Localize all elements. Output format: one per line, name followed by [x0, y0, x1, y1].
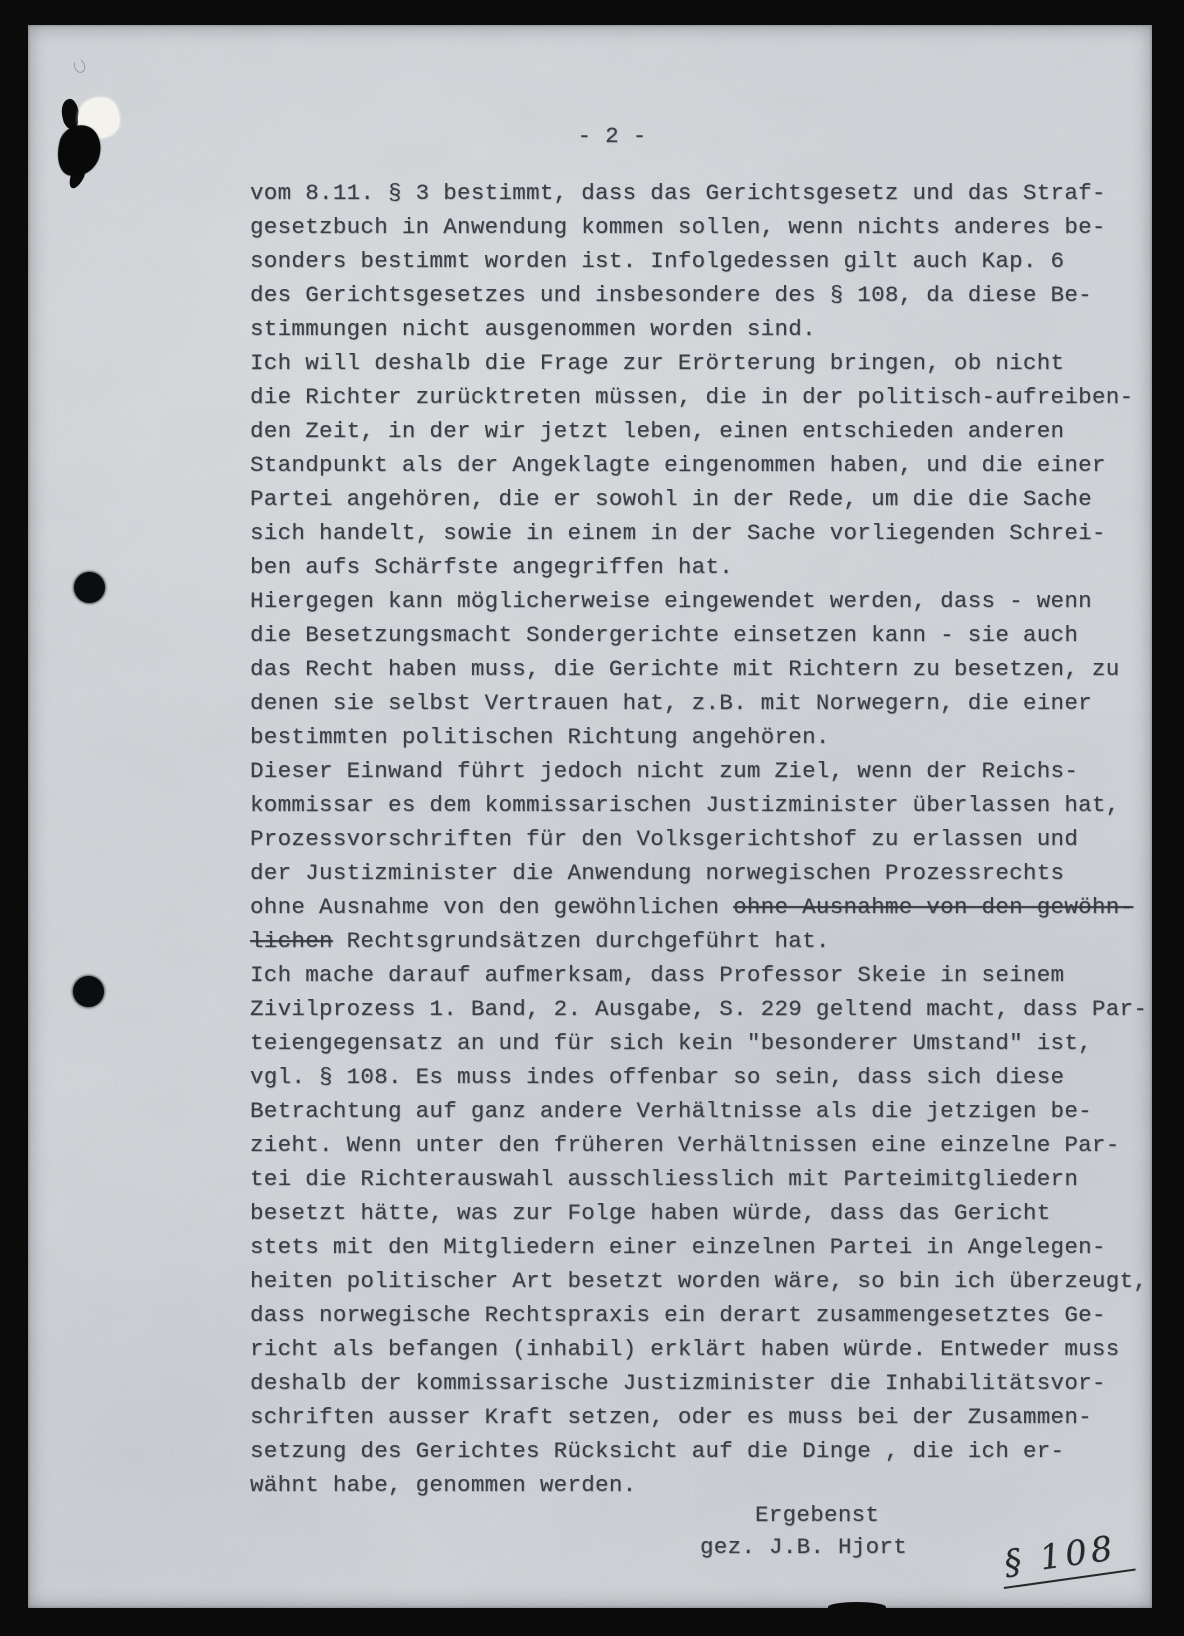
- text-segment: kommissar es dem kommissarischen Justizm…: [250, 792, 1120, 818]
- text-line: sonders bestimmt worden ist. Infolgedess…: [250, 244, 1147, 278]
- valediction: Ergebenst: [755, 1498, 879, 1532]
- text-line: Hiergegen kann möglicherweise eingewende…: [250, 584, 1147, 618]
- text-line: bestimmten politischen Richtung angehöre…: [250, 720, 1147, 754]
- text-line: Prozessvorschriften für den Volksgericht…: [250, 822, 1147, 856]
- text-line: gesetzbuch in Anwendung kommen sollen, w…: [250, 210, 1147, 244]
- text-segment: zieht. Wenn unter den früheren Verhältni…: [250, 1132, 1120, 1158]
- signature: gez. J.B. Hjort: [700, 1530, 907, 1564]
- text-line: ohne Ausnahme von den gewöhnlichen ohne …: [250, 890, 1147, 924]
- text-line: besetzt hätte, was zur Folge haben würde…: [250, 1196, 1147, 1230]
- text-segment: des Gerichtsgesetzes und insbesondere de…: [250, 282, 1092, 308]
- text-segment: Standpunkt als der Angeklagte eingenomme…: [250, 452, 1106, 478]
- text-segment: der Justizminister die Anwendung norwegi…: [250, 860, 1064, 886]
- text-segment: ohne Ausnahme von den gewöhnlichen: [250, 894, 733, 920]
- text-segment: vom 8.11. § 3 bestimmt, dass das Gericht…: [250, 180, 1106, 206]
- text-segment: teiengegensatz an und für sich kein "bes…: [250, 1030, 1092, 1056]
- text-segment: gesetzbuch in Anwendung kommen sollen, w…: [250, 214, 1106, 240]
- text-line: setzung des Gerichtes Rücksicht auf die …: [250, 1434, 1147, 1468]
- text-segment: vgl. § 108. Es muss indes offenbar so se…: [250, 1064, 1064, 1090]
- text-segment: heiten politischer Art besetzt worden wä…: [250, 1268, 1147, 1294]
- text-line: Ich mache darauf aufmerksam, dass Profes…: [250, 958, 1147, 992]
- text-segment: stets mit den Mitgliedern einer einzelne…: [250, 1234, 1106, 1260]
- text-line: teiengegensatz an und für sich kein "bes…: [250, 1026, 1147, 1060]
- text-segment: Ich will deshalb die Frage zur Erörterun…: [250, 350, 1064, 376]
- text-line: Standpunkt als der Angeklagte eingenomme…: [250, 448, 1147, 482]
- text-line: vgl. § 108. Es muss indes offenbar so se…: [250, 1060, 1147, 1094]
- text-line: vom 8.11. § 3 bestimmt, dass das Gericht…: [250, 176, 1147, 210]
- page-number: - 2 -: [542, 119, 682, 153]
- text-line: des Gerichtsgesetzes und insbesondere de…: [250, 278, 1147, 312]
- text-line: richt als befangen (inhabil) erklärt hab…: [250, 1332, 1147, 1366]
- paper-sheet: - 2 - vom 8.11. § 3 bestimmt, dass das G…: [28, 25, 1152, 1608]
- text-segment: den Zeit, in der wir jetzt leben, einen …: [250, 418, 1064, 444]
- text-segment: die Besetzungsmacht Sondergerichte einse…: [250, 622, 1078, 648]
- text-line: stimmungen nicht ausgenommen worden sind…: [250, 312, 1147, 346]
- paper-edge-notch: [828, 1602, 886, 1608]
- text-line: tei die Richterauswahl ausschliesslich m…: [250, 1162, 1147, 1196]
- paper-speck: [72, 58, 87, 75]
- text-line: stets mit den Mitgliedern einer einzelne…: [250, 1230, 1147, 1264]
- text-segment: Ich mache darauf aufmerksam, dass Profes…: [250, 962, 1064, 988]
- text-line: Partei angehören, die er sowohl in der R…: [250, 482, 1147, 516]
- text-line: Dieser Einwand führt jedoch nicht zum Zi…: [250, 754, 1147, 788]
- text-line: Zivilprozess 1. Band, 2. Ausgabe, S. 229…: [250, 992, 1147, 1026]
- text-line: deshalb der kommissarische Justizministe…: [250, 1366, 1147, 1400]
- text-segment: sich handelt, sowie in einem in der Sach…: [250, 520, 1106, 546]
- text-segment: bestimmten politischen Richtung angehöre…: [250, 724, 830, 750]
- text-segment: deshalb der kommissarische Justizministe…: [250, 1370, 1106, 1396]
- text-segment: tei die Richterauswahl ausschliesslich m…: [250, 1166, 1078, 1192]
- text-line: kommissar es dem kommissarischen Justizm…: [250, 788, 1147, 822]
- struck-text: lichen: [250, 928, 333, 954]
- text-line: ben aufs Schärfste angegriffen hat.: [250, 550, 1147, 584]
- punch-hole-bottom: [73, 976, 104, 1007]
- text-line: Ich will deshalb die Frage zur Erörterun…: [250, 346, 1147, 380]
- handwritten-annotation: § 108: [998, 1527, 1136, 1589]
- text-line: den Zeit, in der wir jetzt leben, einen …: [250, 414, 1147, 448]
- text-segment: Partei angehören, die er sowohl in der R…: [250, 486, 1092, 512]
- text-segment: ben aufs Schärfste angegriffen hat.: [250, 554, 733, 580]
- text-segment: schriften ausser Kraft setzen, oder es m…: [250, 1404, 1092, 1430]
- text-segment: stimmungen nicht ausgenommen worden sind…: [250, 316, 816, 342]
- text-segment: denen sie selbst Vertrauen hat, z.B. mit…: [250, 690, 1092, 716]
- text-line: zieht. Wenn unter den früheren Verhältni…: [250, 1128, 1147, 1162]
- scanner-bed: - 2 - vom 8.11. § 3 bestimmt, dass das G…: [0, 0, 1184, 1636]
- text-segment: sonders bestimmt worden ist. Infolgedess…: [250, 248, 1064, 274]
- text-segment: das Recht haben muss, die Gerichte mit R…: [250, 656, 1120, 682]
- struck-text: ohne Ausnahme von den gewöhn-: [733, 894, 1133, 920]
- text-line: der Justizminister die Anwendung norwegi…: [250, 856, 1147, 890]
- text-line: denen sie selbst Vertrauen hat, z.B. mit…: [250, 686, 1147, 720]
- text-segment: Betrachtung auf ganz andere Verhältnisse…: [250, 1098, 1092, 1124]
- text-line: schriften ausser Kraft setzen, oder es m…: [250, 1400, 1147, 1434]
- text-line: sich handelt, sowie in einem in der Sach…: [250, 516, 1147, 550]
- document-body: vom 8.11. § 3 bestimmt, dass das Gericht…: [250, 176, 1147, 1502]
- text-segment: setzung des Gerichtes Rücksicht auf die …: [250, 1438, 1064, 1464]
- punch-hole-top: [74, 572, 105, 603]
- text-line: dass norwegische Rechtspraxis ein derart…: [250, 1298, 1147, 1332]
- text-segment: richt als befangen (inhabil) erklärt hab…: [250, 1336, 1120, 1362]
- text-segment: Prozessvorschriften für den Volksgericht…: [250, 826, 1078, 852]
- text-segment: die Richter zurücktreten müssen, die in …: [250, 384, 1133, 410]
- text-segment: dass norwegische Rechtspraxis ein derart…: [250, 1302, 1106, 1328]
- text-line: heiten politischer Art besetzt worden wä…: [250, 1264, 1147, 1298]
- text-segment: Hiergegen kann möglicherweise eingewende…: [250, 588, 1092, 614]
- text-line: lichen Rechtsgrundsätzen durchgeführt ha…: [250, 924, 1147, 958]
- text-line: die Besetzungsmacht Sondergerichte einse…: [250, 618, 1147, 652]
- text-line: das Recht haben muss, die Gerichte mit R…: [250, 652, 1147, 686]
- text-line: wähnt habe, genommen werden.: [250, 1468, 1147, 1502]
- text-line: Betrachtung auf ganz andere Verhältnisse…: [250, 1094, 1147, 1128]
- text-segment: Rechtsgrundsätzen durchgeführt hat.: [333, 928, 830, 954]
- text-segment: Dieser Einwand führt jedoch nicht zum Zi…: [250, 758, 1078, 784]
- text-segment: wähnt habe, genommen werden.: [250, 1472, 636, 1498]
- text-line: die Richter zurücktreten müssen, die in …: [250, 380, 1147, 414]
- text-segment: Zivilprozess 1. Band, 2. Ausgabe, S. 229…: [250, 996, 1147, 1022]
- text-segment: besetzt hätte, was zur Folge haben würde…: [250, 1200, 1051, 1226]
